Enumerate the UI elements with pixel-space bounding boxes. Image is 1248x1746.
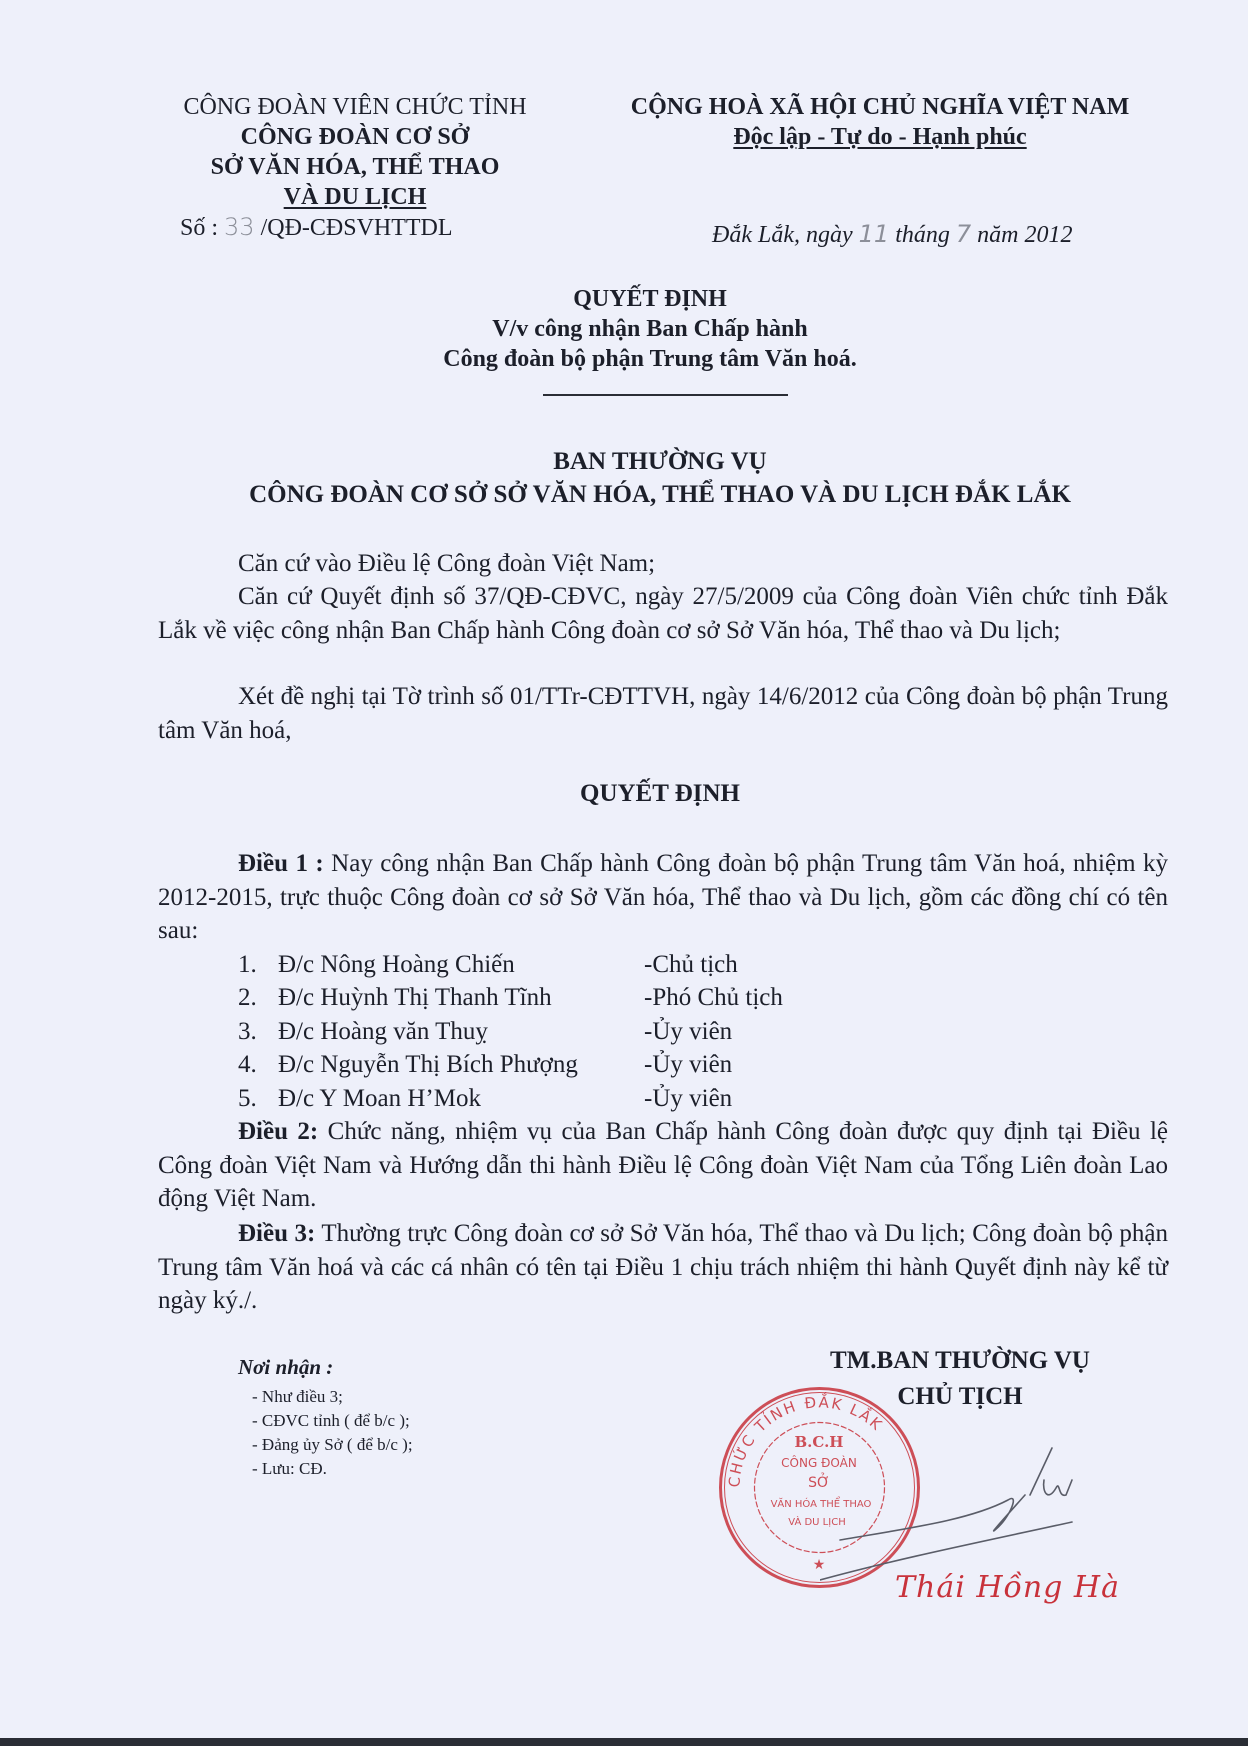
scan-bottom-edge (0, 1738, 1248, 1746)
issuing-organization-block: CÔNG ĐOÀN VIÊN CHỨC TỈNH CÔNG ĐOÀN CƠ SỞ… (130, 92, 580, 243)
member-list: 1.Đ/c Nông Hoàng Chiến-Chủ tịch 2.Đ/c Hu… (238, 948, 783, 1115)
member-role: -Ủy viên (644, 1048, 732, 1081)
member-name: Đ/c Hoàng văn Thuỵ (278, 1015, 644, 1048)
organization-name-line1: CÔNG ĐOÀN CƠ SỞ (130, 122, 580, 152)
member-number: 5. (238, 1082, 278, 1115)
member-name: Đ/c Nông Hoàng Chiến (278, 948, 644, 981)
article-3: Điều 3: Thường trực Công đoàn cơ sở Sở V… (158, 1217, 1168, 1318)
member-name: Đ/c Y Moan H’Mok (278, 1082, 644, 1115)
document-number: Số : 33 /QĐ-CĐSVHTTDL (130, 212, 580, 243)
date-day-handwritten: 11 (859, 220, 890, 248)
national-motto: Độc lập - Tự do - Hạnh phúc (733, 124, 1026, 150)
list-item: 2.Đ/c Huỳnh Thị Thanh Tĩnh-Phó Chủ tịch (238, 981, 783, 1014)
issuer-line2: CÔNG ĐOÀN CƠ SỞ SỞ VĂN HÓA, THỂ THAO VÀ … (150, 478, 1170, 511)
country-name: CỘNG HOÀ XÃ HỘI CHỦ NGHĨA VIỆT NAM (580, 92, 1180, 122)
document-subject-line1: V/v công nhận Ban Chấp hành (300, 314, 1000, 344)
date-prefix: Đắk Lắk, ngày (712, 222, 859, 248)
organization-name-line2: SỞ VĂN HÓA, THỂ THAO (130, 152, 580, 182)
recipient-item: - Đảng ủy Sở ( để b/c ); (238, 1433, 413, 1457)
issuer-line1: BAN THƯỜNG VỤ (150, 445, 1170, 478)
recipients-block: Nơi nhận : - Như điều 3; - CĐVC tỉnh ( đ… (238, 1355, 413, 1481)
document-date: Đắk Lắk, ngày 11 tháng 7 năm 2012 (712, 220, 1072, 249)
title-divider (543, 394, 788, 396)
national-header-block: CỘNG HOÀ XÃ HỘI CHỦ NGHĨA VIỆT NAM Độc l… (580, 92, 1180, 152)
date-year: năm 2012 (971, 222, 1072, 248)
list-item: 3.Đ/c Hoàng văn Thuỵ-Ủy viên (238, 1015, 783, 1048)
recipient-item: - Như điều 3; (238, 1385, 413, 1409)
preamble-consideration: Xét đề nghị tại Tờ trình số 01/TTr-CĐTTV… (158, 680, 1168, 747)
article-1: Điều 1 : Nay công nhận Ban Chấp hành Côn… (158, 847, 1168, 948)
document-type: QUYẾT ĐỊNH (300, 284, 1000, 314)
number-suffix: /QĐ-CĐSVHTTDL (255, 215, 453, 241)
member-name: Đ/c Huỳnh Thị Thanh Tĩnh (278, 981, 644, 1014)
member-role: -Phó Chủ tịch (644, 981, 783, 1014)
signer-name: Thái Hồng Hà (895, 1570, 1120, 1605)
document-title-block: QUYẾT ĐỊNH V/v công nhận Ban Chấp hành C… (300, 284, 1000, 374)
member-number: 1. (238, 948, 278, 981)
recipients-title: Nơi nhận : (238, 1355, 413, 1379)
member-number: 2. (238, 981, 278, 1014)
organization-name-line3: VÀ DU LỊCH (284, 184, 427, 210)
article-1-label: Điều 1 : (238, 850, 324, 877)
recipient-item: - CĐVC tỉnh ( để b/c ); (238, 1409, 413, 1433)
preamble-basis-2: Căn cứ Quyết định số 37/QĐ-CĐVC, ngày 27… (158, 580, 1168, 647)
member-number: 3. (238, 1015, 278, 1048)
list-item: 5.Đ/c Y Moan H’Mok-Ủy viên (238, 1082, 783, 1115)
date-month-handwritten: 7 (956, 220, 971, 248)
document-number-handwritten: 33 (224, 213, 255, 241)
article-3-label: Điều 3: (238, 1220, 315, 1247)
member-role: -Chủ tịch (644, 948, 738, 981)
issuing-authority: BAN THƯỜNG VỤ CÔNG ĐOÀN CƠ SỞ SỞ VĂN HÓA… (150, 445, 1170, 511)
member-role: -Ủy viên (644, 1015, 732, 1048)
list-item: 1.Đ/c Nông Hoàng Chiến-Chủ tịch (238, 948, 783, 981)
member-role: -Ủy viên (644, 1082, 732, 1115)
recipient-item: - Lưu: CĐ. (238, 1457, 413, 1481)
number-label: Số : (180, 215, 224, 241)
member-number: 4. (238, 1048, 278, 1081)
decision-heading: QUYẾT ĐỊNH (150, 780, 1170, 808)
member-name: Đ/c Nguyễn Thị Bích Phượng (278, 1048, 644, 1081)
list-item: 4.Đ/c Nguyễn Thị Bích Phượng-Ủy viên (238, 1048, 783, 1081)
preamble-basis-1: Căn cứ vào Điều lệ Công đoàn Việt Nam; (158, 547, 1168, 581)
date-month-label: tháng (889, 222, 956, 248)
document-subject-line2: Công đoàn bộ phận Trung tâm Văn hoá. (300, 344, 1000, 374)
article-2-label: Điều 2: (238, 1118, 318, 1145)
signature-on-behalf: TM.BAN THƯỜNG VỤ (760, 1343, 1160, 1379)
parent-organization: CÔNG ĐOÀN VIÊN CHỨC TỈNH (130, 92, 580, 122)
article-2: Điều 2: Chức năng, nhiệm vụ của Ban Chấp… (158, 1115, 1168, 1216)
